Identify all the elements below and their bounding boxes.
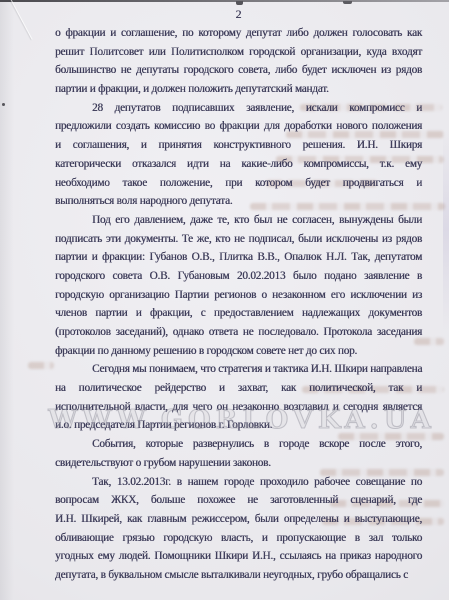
scan-artifact-notch: [343, 1, 352, 4]
text-line: и.о. председателя Партии регионов г. Гор…: [55, 416, 422, 435]
text-line: исполнительной власти, для чего он незак…: [55, 398, 422, 417]
text-line: и соглашения, и принятия конструктивного…: [55, 136, 422, 155]
text-line: большинство не депутаты городского совет…: [55, 61, 422, 80]
text-line: на политическое рейдерство и захват, как…: [55, 379, 422, 398]
text-block: о фракции и соглашение, по которому депу…: [55, 24, 422, 585]
page-number: 2: [55, 7, 422, 22]
text-line: необходимо такое положение, при котором …: [55, 174, 422, 193]
text-line: И.Н. Шкирей, как главным режиссером, был…: [55, 510, 422, 529]
scan-artifact-notch: [236, 1, 243, 5]
text-line: категорически отказался идти на какие-ли…: [55, 155, 422, 174]
text-line: подписать эти документы. Те же, кто не п…: [55, 230, 422, 249]
text-line: городскую организацию Партии регионов о …: [55, 286, 422, 305]
scanned-document-page: 2 о фракции и соглашение, по которому де…: [0, 0, 449, 600]
scan-edge-top: [0, 0, 449, 2]
text-line: о фракции и соглашение, по которому депу…: [55, 24, 422, 43]
text-line: городского совета О.В. Губановым 20.02.2…: [55, 267, 422, 286]
bleedthrough-smudge: [28, 362, 54, 369]
scan-left-shadow: [0, 0, 14, 600]
text-line: Так, 13.02.2013г. в нашем городе проходи…: [55, 473, 422, 492]
scan-artifact-dot: [2, 103, 5, 106]
text-line: Сегодня мы понимаем, что стратегия и так…: [55, 360, 422, 379]
text-line: выполняться воля народного депутата.: [55, 192, 422, 211]
text-line: События, которые развернулись в городе в…: [55, 435, 422, 454]
text-line: решит Политсовет или Политисполком город…: [55, 43, 422, 62]
text-line: свидетельствуют о грубом нарушении закон…: [55, 454, 422, 473]
text-line: вопросам ЖКХ, больше похожее не заготовл…: [55, 491, 422, 510]
text-line: партии и фракции: Губанов О.В., Плитка В…: [55, 248, 422, 267]
text-line: фракции по данному решению в городском с…: [55, 342, 422, 361]
text-line: членов партии и фракции, с предоставлени…: [55, 304, 422, 323]
text-line: угодных ему людей. Помощники Шкири И.Н.,…: [55, 547, 422, 566]
text-line: обливающие грязью городскую власть, и пр…: [55, 529, 422, 548]
text-line: Под его давлением, даже те, кто был не с…: [55, 211, 422, 230]
text-line: предложили создать комиссию во фракции д…: [55, 117, 422, 136]
text-line: (протоколов заседаний), однако ответа не…: [55, 323, 422, 342]
text-line: партии и фракции, и должен положить депу…: [55, 80, 422, 99]
text-line: 28 депутатов подписавших заявление, иска…: [55, 99, 422, 118]
text-line: депутата, в буквальном смысле выталкивал…: [55, 566, 422, 585]
